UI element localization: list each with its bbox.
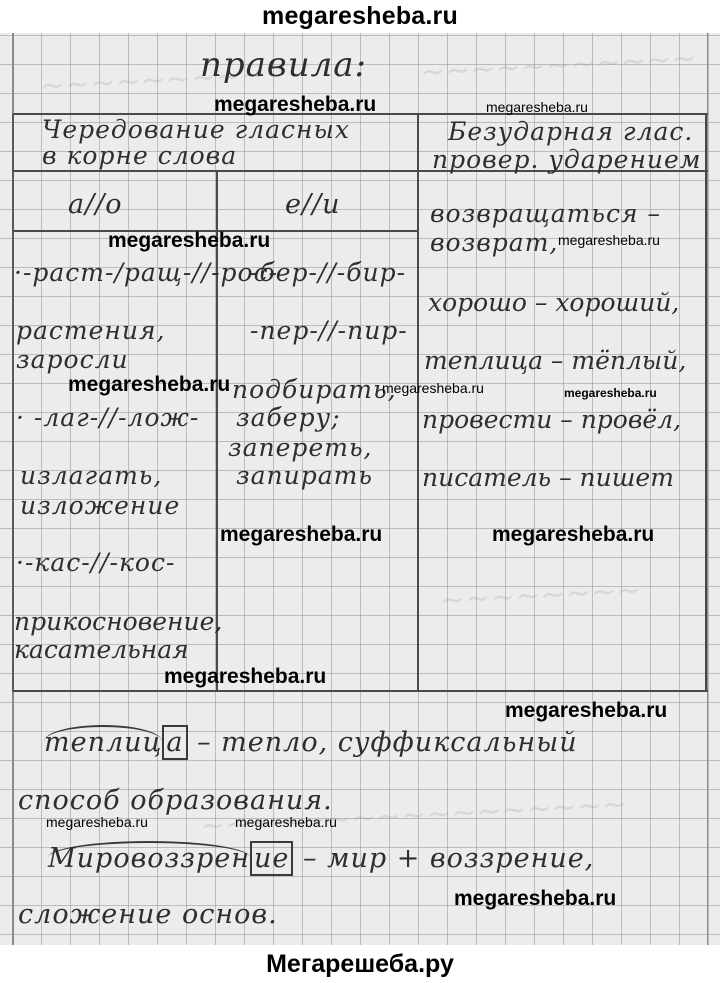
watermark: megaresheba.ru (492, 523, 654, 547)
col2-subheader: е//и (285, 189, 341, 220)
left-header-line-2: в корне слова (42, 141, 237, 170)
col2-item: запереть, (228, 433, 373, 462)
table-col-divider-2 (417, 113, 419, 691)
col1-item: излагать, (20, 461, 162, 490)
col3-item: теплица – тёплый, (424, 346, 686, 375)
root-arc: теплиц (44, 725, 162, 758)
col3-item: провести – провёл, (422, 405, 681, 434)
col1-item: ·-раст-/ращ-//-рос- (14, 258, 278, 287)
watermark: megaresheba.ru (108, 229, 270, 253)
col1-item: ·-кас-//-кос- (16, 548, 175, 577)
bleed-through-text: ~~~~~~~~~~~ (419, 41, 697, 90)
watermark: megaresheba.ru (558, 232, 660, 248)
col2-item: запирать (236, 461, 373, 490)
watermark: megaresheba.ru (235, 814, 337, 830)
note-line: способ образования. (18, 785, 333, 816)
col3-item: возврат, (430, 228, 558, 257)
col2-item: заберу; (236, 403, 341, 432)
site-footer: Мегарешеба.ру (0, 945, 720, 983)
watermark: megaresheba.ru (382, 380, 484, 396)
col1-item: · -лаг-//-лож- (16, 403, 199, 432)
watermark: megaresheba.ru (164, 665, 326, 689)
note-explanation: – мир + воззрение, (293, 843, 594, 874)
col3-item: хорошо – хороший, (428, 288, 679, 317)
col1-item: прикосновение, (14, 607, 222, 636)
watermark: megaresheba.ru (46, 814, 148, 830)
table-right-border (705, 113, 707, 691)
watermark: megaresheba.ru (486, 99, 588, 115)
right-header-line-2: провер. ударением (432, 145, 702, 174)
col2-item: -пер-//-пир- (250, 316, 408, 345)
right-header-line-1: Безударная глас. (448, 117, 693, 146)
col1-item: растения, (16, 316, 165, 345)
table-left-border (12, 113, 14, 691)
left-header-line-1: Чередование гласных (42, 115, 350, 144)
table-bottom-border (12, 690, 708, 692)
note-teplitsa: теплица – тепло, суффиксальный (44, 725, 578, 758)
ending-box: а (162, 725, 187, 760)
page-title: правила: (200, 45, 367, 85)
watermark: megaresheba.ru (68, 373, 230, 397)
watermark: megaresheba.ru (564, 386, 657, 400)
col1-subheader: а//о (68, 189, 123, 220)
col2-item: подбирать, (232, 375, 397, 404)
root-arc: Мировоззрен (48, 841, 250, 874)
col1-item: заросли (16, 345, 129, 374)
watermark: megaresheba.ru (214, 93, 376, 117)
col3-item: писатель – пишет (422, 463, 674, 492)
bleed-through-text: ~~~~~~~~ (439, 573, 642, 618)
site-header: megaresheba.ru (0, 0, 720, 33)
ending-box: ие (250, 841, 293, 876)
note-mirovozzrenie: Мировоззрение – мир + воззрение, (48, 841, 594, 874)
watermark: megaresheba.ru (454, 887, 616, 911)
col1-item: касательная (14, 635, 189, 664)
note-explanation: – тепло, суффиксальный (188, 727, 578, 758)
watermark: megaresheba.ru (505, 699, 667, 723)
note-line: сложение основ. (18, 899, 278, 930)
col3-item: возвращаться – (430, 199, 661, 228)
col2-item: -бер-//-бир- (250, 258, 406, 287)
col1-item: изложение (20, 491, 180, 520)
notebook-page: ~~~~~~~~~ ~~~~~~~~~~~ ~~~~~~~~ ~~~~~~~~~… (0, 33, 720, 945)
watermark: megaresheba.ru (220, 523, 382, 547)
